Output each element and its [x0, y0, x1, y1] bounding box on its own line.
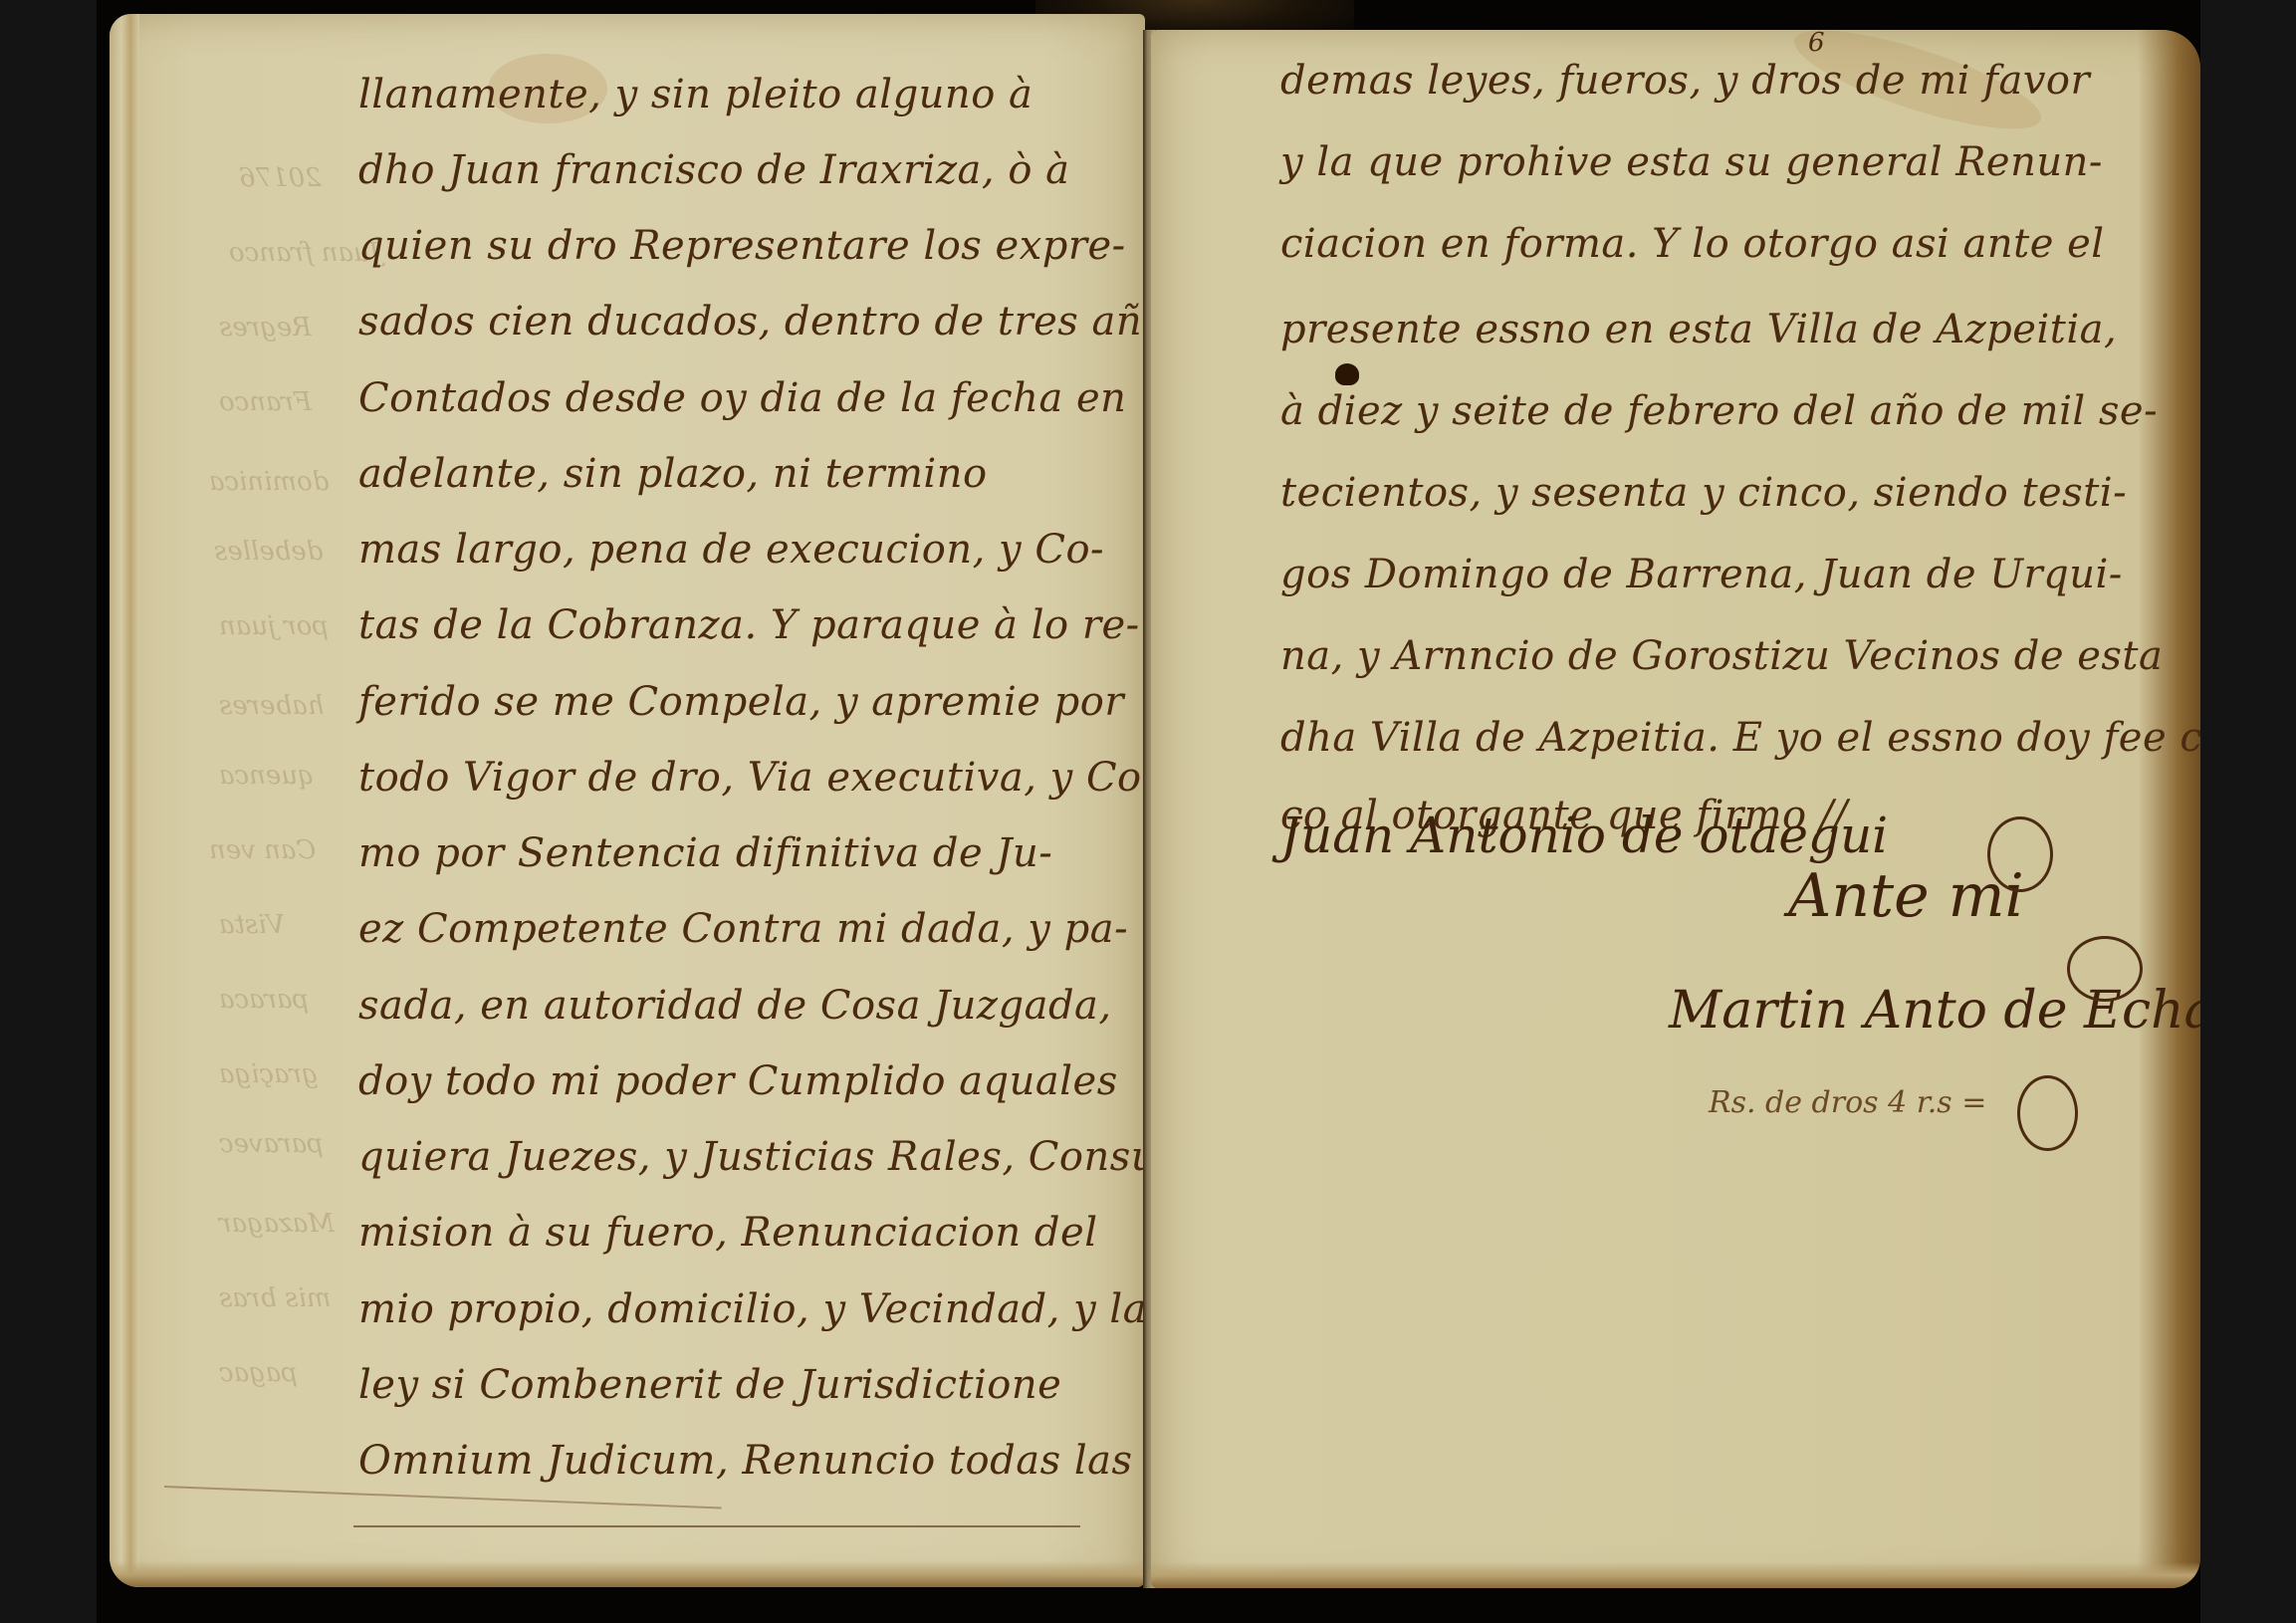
rubric-flourish	[1987, 816, 2053, 892]
rubric-flourish	[2017, 1075, 2078, 1151]
text-line: tas de la Cobranza. Y paraque à lo re-	[358, 602, 1140, 648]
text-line: ley si Combenerit de Jurisdictione	[358, 1362, 1061, 1408]
text-line: mas largo, pena de execucion, y Co-	[358, 527, 1104, 573]
text-line: adelante, sin plazo, ni termino	[358, 451, 988, 497]
text-line: dho Juan francisco de Iraxriza, ò à	[358, 147, 1069, 193]
text-line: ez Competente Contra mi dada, y pa-	[358, 906, 1128, 952]
signature-grantor: Juan Antonio de otaegui	[1280, 807, 1888, 864]
left-page: 20176 Juan franco Regres Franco dominica…	[110, 14, 1145, 1587]
signature-ante-mi: Ante mi	[1788, 861, 2024, 931]
rubric-flourish	[2067, 936, 2143, 1002]
text-line: mo por Sentencia difinitiva de Ju-	[358, 830, 1052, 876]
text-line: doy todo mi poder Cumplido aquales	[358, 1058, 1118, 1104]
closing-rule-line	[353, 1525, 1080, 1527]
faint-rule-line	[164, 1486, 722, 1508]
text-line: demas leyes, fueros, y dros de mi favor	[1280, 58, 2090, 104]
text-line: na, y Arnncio de Gorostizu Vecinos de es…	[1280, 633, 2163, 679]
text-line: ferido se me Compela, y apremie por	[358, 679, 1124, 725]
left-page-edges	[110, 14, 139, 1587]
text-line: sados cien ducados, dentro de tres años	[358, 299, 1145, 345]
text-line: sada, en autoridad de Cosa Juzgada,	[358, 983, 1112, 1029]
text-line: llanamente, y sin pleito alguno à	[358, 72, 1033, 117]
text-line: quiera Juezes, y Justicias Rales, Consu-	[358, 1134, 1145, 1180]
text-line: mio propio, domicilio, y Vecindad, y la	[358, 1286, 1145, 1332]
text-line: Omnium Judicum, Renuncio todas las	[358, 1438, 1133, 1484]
folio-number: 6	[1808, 30, 1825, 58]
text-line: à diez y seite de febrero del año de mil…	[1280, 388, 2158, 434]
text-line: ciacion en forma. Y lo otorgo asi ante e…	[1280, 221, 2105, 267]
text-line: gos Domingo de Barrena, Juan de Urqui-	[1280, 552, 2123, 597]
text-line: dha Villa de Azpeitia. E yo el essno doy…	[1280, 715, 2200, 761]
text-line: quien su dro Representare los expre-	[358, 223, 1126, 269]
right-page-bottom-edge	[1151, 1562, 2200, 1588]
left-page-bottom-edge	[110, 1561, 1145, 1587]
text-line: todo Vigor de dro, Via executiva, y Co-	[358, 755, 1145, 801]
text-line: y la que prohive esta su general Renun-	[1280, 139, 2103, 185]
text-line: Contados desde oy dia de la fecha en	[358, 375, 1126, 421]
text-line: presente essno en esta Villa de Azpeitia…	[1280, 307, 2117, 352]
text-line: tecientos, y sesenta y cinco, siendo tes…	[1280, 470, 2127, 516]
right-page: 6 demas leyes, fueros, y dros de mi favo…	[1151, 30, 2200, 1588]
fee-note: Rs. de dros 4 r.s =	[1709, 1085, 1986, 1120]
text-line: mision à su fuero, Renunciacion del	[358, 1210, 1097, 1256]
ink-blot	[1335, 363, 1359, 385]
